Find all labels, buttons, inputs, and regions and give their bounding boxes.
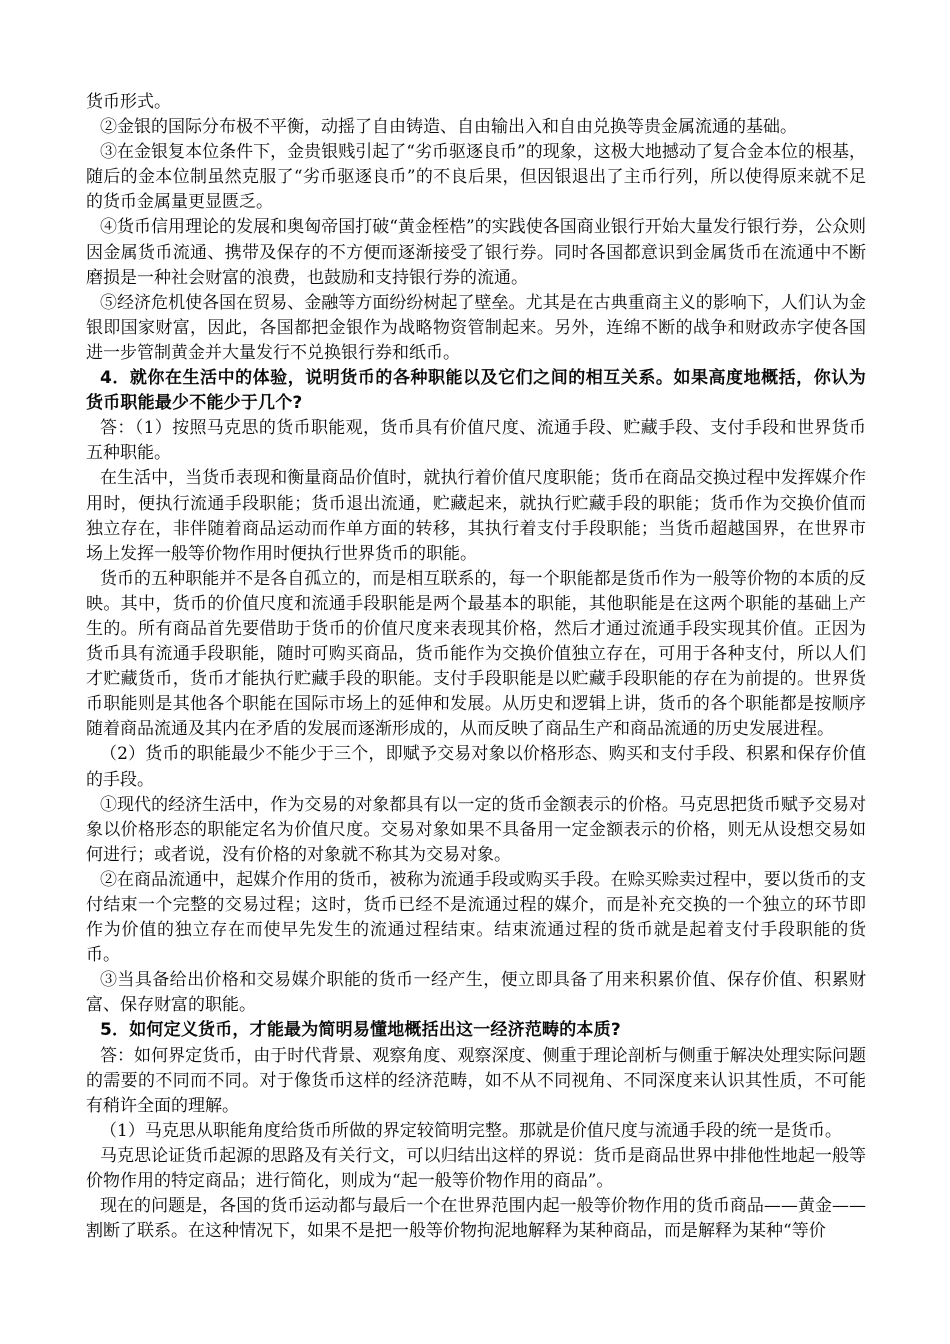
- paragraph: 现在的问题是，各国的货币运动都与最后一个在世界范围内起一般等价物作用的货币商品—…: [86, 1194, 866, 1244]
- paragraph: ②金银的国际分布极不平衡，动摇了自由铸造、自由输出入和自由兑换等贵金属流通的基础…: [86, 115, 866, 140]
- paragraph: （2）货币的职能最少不能少于三个，即赋予交易对象以价格形态、购买和支付手段、积累…: [86, 742, 866, 792]
- paragraph: ④货币信用理论的发展和奥匈帝国打破“黄金桎梏”的实践使各国商业银行开始大量发行银…: [86, 215, 866, 290]
- document-text-body: 货币形式。②金银的国际分布极不平衡，动摇了自由铸造、自由输出入和自由兑换等贵金属…: [86, 90, 866, 1244]
- paragraph: ③当具备给出价格和交易媒介职能的货币一经产生，便立即具备了用来积累价值、保存价值…: [86, 968, 866, 1018]
- paragraph: 答：（1）按照马克思的货币职能观，货币具有价值尺度、流通手段、贮藏手段、支付手段…: [86, 416, 866, 466]
- paragraph-continuation: 货币形式。: [86, 90, 866, 115]
- paragraph: 答：如何界定货币，由于时代背景、观察角度、观察深度、侧重于理论剖析与侧重于解决处…: [86, 1044, 866, 1119]
- question-heading: 5．如何定义货币，才能最为简明易懂地概括出这一经济范畴的本质?: [86, 1018, 866, 1043]
- paragraph: （1）马克思从职能角度给货币所做的界定较简明完整。那就是价值尺度与流通手段的统一…: [86, 1119, 866, 1144]
- paragraph: ①现代的经济生活中，作为交易的对象都具有以一定的货币金额表示的价格。马克思把货币…: [86, 793, 866, 868]
- paragraph: ③在金银复本位条件下，金贵银贱引起了“劣币驱逐良币”的现象，这极大地撼动了复合金…: [86, 140, 866, 215]
- question-heading: 4．就你在生活中的体验，说明货币的各种职能以及它们之间的相互关系。如果高度地概括…: [86, 366, 866, 416]
- paragraph: ②在商品流通中，起媒介作用的货币，被称为流通手段或购买手段。在赊买赊卖过程中，要…: [86, 868, 866, 968]
- paragraph: 马克思论证货币起源的思路及有关行文，可以归结出这样的界说：货币是商品世界中排他性…: [86, 1144, 866, 1194]
- paragraph: 在生活中，当货币表现和衡量商品价值时，就执行着价值尺度职能；货币在商品交换过程中…: [86, 466, 866, 566]
- paragraph: 货币的五种职能并不是各自孤立的，而是相互联系的，每一个职能都是货币作为一般等价物…: [86, 567, 866, 743]
- document-page: 货币形式。②金银的国际分布极不平衡，动摇了自由铸造、自由输出入和自由兑换等贵金属…: [0, 0, 950, 1344]
- paragraph: ⑤经济危机使各国在贸易、金融等方面纷纷树起了壁垒。尤其是在古典重商主义的影响下，…: [86, 291, 866, 366]
